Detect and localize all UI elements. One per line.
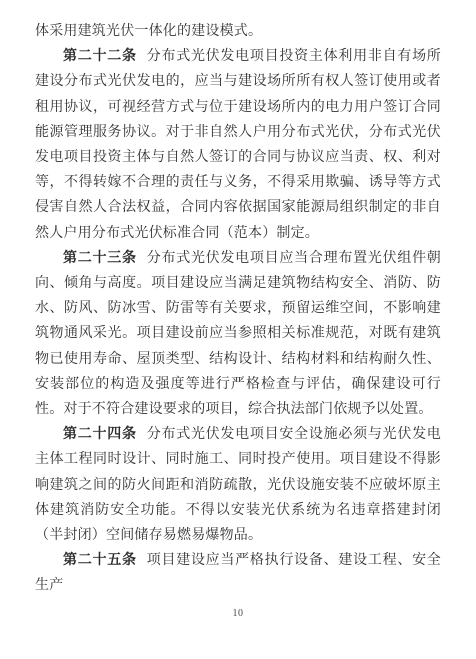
paragraph-text: 分布式光伏发电项目投资主体利用非自有场所建设分布式光伏发电的，应当与建设场所所有… — [35, 49, 441, 240]
article-number: 第二十二条 — [63, 49, 137, 64]
article-number: 第二十三条 — [63, 251, 137, 266]
document-page: 体采用建筑光伏一体化的建设模式。第二十二条分布式光伏发电项目投资主体利用非自有场… — [0, 0, 476, 659]
paragraph: 第二十五条项目建设应当严格执行设备、建设工程、安全生产 — [35, 548, 441, 598]
article-number: 第二十五条 — [63, 553, 137, 568]
document-body: 体采用建筑光伏一体化的建设模式。第二十二条分布式光伏发电项目投资主体利用非自有场… — [35, 19, 441, 599]
page-number: 10 — [0, 608, 476, 619]
paragraph: 第二十四条分布式光伏发电项目安全设施必须与光伏发电主体工程同时设计、同时施工、同… — [35, 422, 441, 548]
paragraph: 第二十二条分布式光伏发电项目投资主体利用非自有场所建设分布式光伏发电的，应当与建… — [35, 44, 441, 246]
paragraph-text: 分布式光伏发电项目安全设施必须与光伏发电主体工程同时设计、同时施工、同时投产使用… — [35, 427, 441, 543]
paragraph-text: 体采用建筑光伏一体化的建设模式。 — [35, 24, 262, 39]
article-number: 第二十四条 — [63, 427, 137, 442]
paragraph: 体采用建筑光伏一体化的建设模式。 — [35, 19, 441, 44]
paragraph-text: 分布式光伏发电项目应当合理布置光伏组件朝向、倾角与高度。项目建设应当满足建筑物结… — [35, 251, 441, 417]
paragraph: 第二十三条分布式光伏发电项目应当合理布置光伏组件朝向、倾角与高度。项目建设应当满… — [35, 246, 441, 422]
